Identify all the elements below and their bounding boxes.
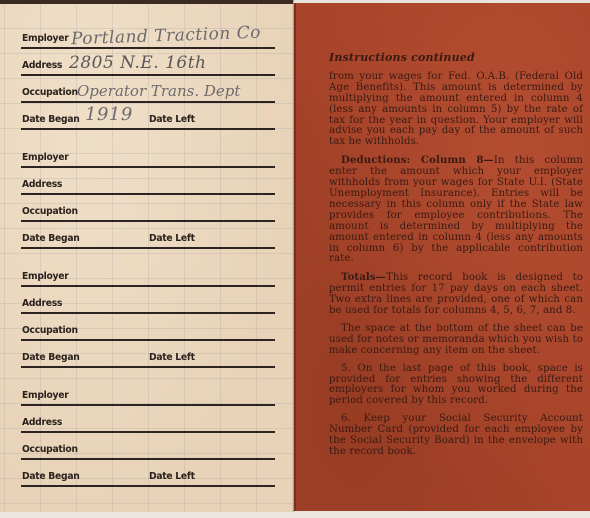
occupation-label: Occupation [22, 87, 78, 98]
instructions-para-space: The space at the bottom of the sheet can… [329, 324, 583, 357]
employer-value: Portland Traction Co [71, 23, 262, 50]
employer-block-2: Employer Address Occupation Date Began D… [21, 141, 275, 249]
dates-row: Date Began Date Left [21, 222, 275, 249]
dates-row: Date Began Date Left [21, 341, 275, 368]
occupation-row: Occupation [21, 314, 275, 341]
employer-label: Employer [22, 152, 69, 163]
address-label: Address [22, 298, 62, 309]
employer-label: Employer [22, 271, 69, 282]
deductions-title: Deductions: Column 8— [341, 154, 494, 166]
instructions-para-deductions: Deductions: Column 8—In this column ente… [329, 155, 583, 265]
employer-block-1: Employer Portland Traction Co Address 28… [21, 22, 275, 130]
date-began-label: Date Began [22, 352, 80, 363]
instructions-item-5: 5. On the last page of this book, space … [329, 364, 583, 408]
address-label: Address [22, 179, 62, 190]
employer-label: Employer [22, 390, 69, 401]
instructions-text: Instructions continued from your wages f… [329, 53, 583, 465]
employer-block-4: Employer Address Occupation Date Began D… [21, 379, 275, 487]
employer-row: Employer [21, 379, 275, 406]
address-row: Address [21, 406, 275, 433]
occupation-label: Occupation [22, 206, 78, 217]
employer-block-3: Employer Address Occupation Date Began D… [21, 260, 275, 368]
address-row: Address 2805 N.E. 16th [21, 49, 275, 76]
employer-label: Employer [22, 33, 69, 44]
instructions-heading: Instructions continued [329, 53, 583, 64]
employer-record-page: Employer Portland Traction Co Address 28… [0, 0, 294, 512]
employer-row: Employer [21, 141, 275, 168]
occupation-row: Occupation Operator Trans. Dept [21, 76, 275, 103]
address-label: Address [22, 60, 62, 71]
date-began-label: Date Began [22, 471, 80, 482]
date-left-label: Date Left [149, 471, 195, 482]
instructions-page: Instructions continued from your wages f… [294, 3, 590, 511]
occupation-row: Occupation [21, 433, 275, 460]
occupation-row: Occupation [21, 195, 275, 222]
employer-row: Employer [21, 260, 275, 287]
address-label: Address [22, 417, 62, 428]
dates-row: Date Began Date Left [21, 460, 275, 487]
occupation-value: Operator Trans. Dept [77, 82, 240, 100]
date-left-label: Date Left [149, 114, 195, 125]
deductions-text: In this column enter the amount which yo… [329, 155, 583, 264]
address-row: Address [21, 168, 275, 195]
dates-row: Date Began 1919 Date Left [21, 103, 275, 130]
scan-background [0, 512, 590, 518]
date-began-label: Date Began [22, 233, 80, 244]
instructions-para-oab: from your wages for Fed. O.A.B. (Federal… [329, 72, 583, 148]
employer-row: Employer Portland Traction Co [21, 22, 275, 49]
occupation-label: Occupation [22, 444, 78, 455]
totals-title: Totals— [341, 271, 386, 283]
instructions-para-totals: Totals—This record book is designed to p… [329, 272, 583, 317]
date-left-label: Date Left [149, 233, 195, 244]
instructions-item-6: 6. Keep your Social Security Account Num… [329, 414, 583, 458]
date-began-value: 1919 [85, 104, 133, 125]
date-left-label: Date Left [149, 352, 195, 363]
date-began-label: Date Began [22, 114, 80, 125]
occupation-label: Occupation [22, 325, 78, 336]
address-value: 2805 N.E. 16th [69, 53, 207, 73]
address-row: Address [21, 287, 275, 314]
